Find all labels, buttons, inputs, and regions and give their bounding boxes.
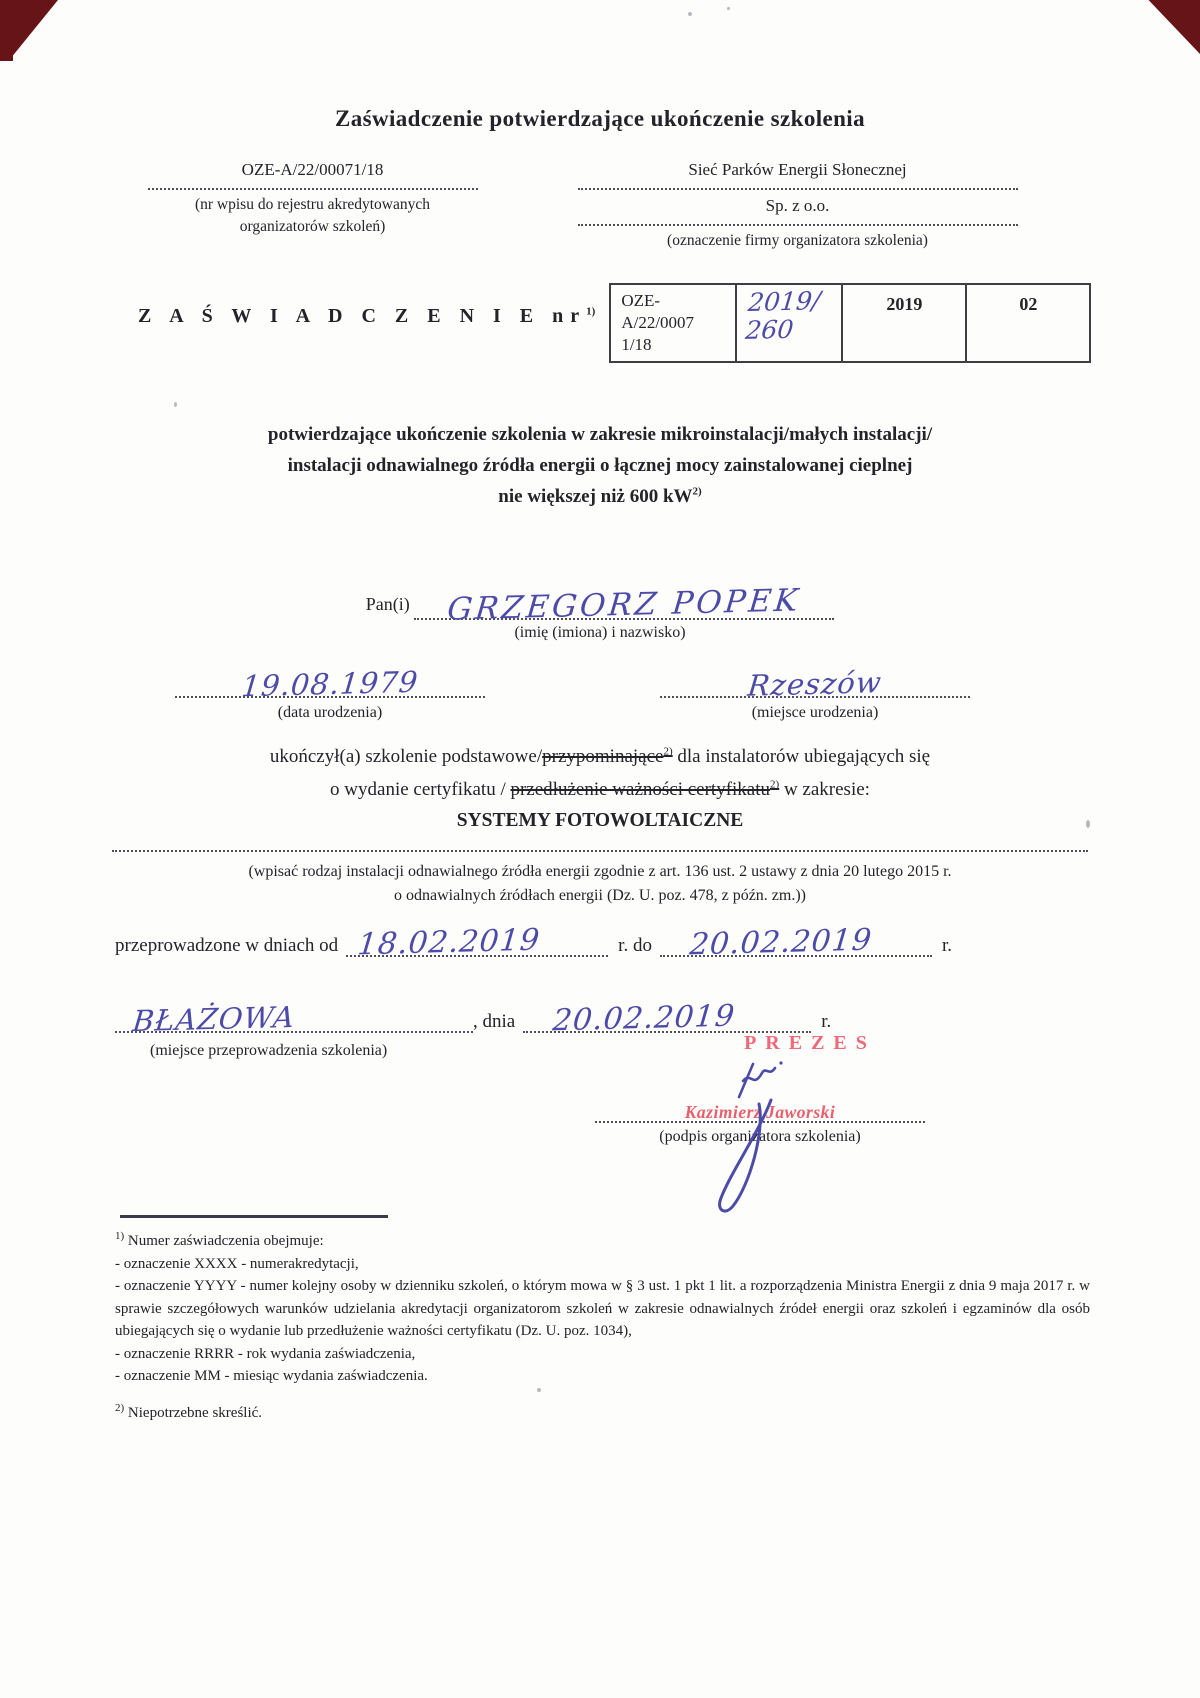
scan-artifact-corner-top-left-small	[0, 27, 13, 61]
table-cell-person-number: 2019/ 260	[735, 285, 841, 361]
struck-text: przedłużenie ważności certyfikatu2)	[510, 779, 779, 800]
footnote-1-item: - oznaczenie MM - miesiąc wydania zaświa…	[115, 1365, 1090, 1388]
footnote-1-item: - oznaczenie XXXX - numerakredytacji,	[115, 1253, 1090, 1276]
name-fill-line: GRZEGORZ POPEK	[414, 582, 834, 620]
footnote-ref-1: 1)	[586, 305, 595, 317]
place-date-line: BŁAŻOWA , dnia 20.02.2019 r.	[115, 996, 1015, 1033]
table-cell-month: 02	[965, 285, 1089, 361]
date-to-fill: 20.02.2019	[660, 920, 932, 957]
scope-dotted-line	[112, 850, 1088, 852]
handwritten-date-from: 18.02.2019	[356, 923, 542, 963]
dnia-label: , dnia	[473, 1011, 515, 1033]
table-cell-accreditation: OZE- A/22/0007 1/18	[611, 285, 735, 361]
name-caption: (imię (imiona) i nazwisko)	[0, 624, 1200, 642]
table-cell-year: 2019	[841, 285, 965, 361]
scope-caption: (wpisać rodzaj instalacji odnawialnego ź…	[115, 860, 1085, 908]
birth-date-fill: 19.08.1979	[175, 662, 485, 698]
dates-label-to: r. do	[618, 935, 652, 957]
signature-initials-icon	[725, 1057, 795, 1101]
dates-label-from: przeprowadzone w dniach od	[115, 935, 338, 957]
place-caption: (miejsce przeprowadzenia szkolenia)	[150, 1042, 387, 1060]
signature-flourish-icon	[713, 1098, 783, 1224]
scan-speck	[1086, 820, 1090, 828]
pan-label: Pan(i)	[366, 594, 410, 614]
signer-role: PREZES	[595, 1032, 925, 1055]
dotted-line	[148, 188, 478, 190]
handwritten-name: GRZEGORZ POPEK	[446, 582, 803, 627]
header-columns: OZE-A/22/00071/18 (nr wpisu do rejestru …	[115, 160, 1085, 252]
place-fill: BŁAŻOWA	[115, 997, 473, 1033]
certificate-number-table: OZE- A/22/0007 1/18 2019/ 260 2019 02	[609, 283, 1091, 363]
r-label: r.	[821, 1011, 831, 1033]
person-name-line: Pan(i) GRZEGORZ POPEK	[0, 582, 1200, 620]
birth-row: 19.08.1979 (data urodzenia) Rzeszów (mie…	[115, 662, 1085, 722]
statement-paragraph: potwierdzające ukończenie szkolenia w za…	[115, 420, 1085, 512]
birth-place-block: Rzeszów (miejsce urodzenia)	[545, 662, 1085, 722]
training-completion-paragraph: ukończył(a) szkolenie podstawowe/przypom…	[95, 740, 1105, 807]
struck-text: przypominające2)	[542, 746, 673, 767]
dates-label-end: r.	[942, 935, 952, 957]
handwritten-person-number: 2019/ 260	[745, 287, 823, 344]
dotted-line	[578, 188, 1018, 190]
organizer-name-2: Sp. z o.o.	[510, 196, 1085, 216]
registry-number: OZE-A/22/00071/18	[115, 160, 510, 180]
scan-speck	[688, 12, 692, 16]
birth-date-caption: (data urodzenia)	[115, 704, 545, 722]
handwritten-place: BŁAŻOWA	[131, 1000, 297, 1038]
footnote-2: 2) Niepotrzebne skreślić.	[115, 1402, 1090, 1425]
scanned-certificate-page: Zaświadczenie potwierdzające ukończenie …	[0, 0, 1200, 1698]
person-name-block: Pan(i) GRZEGORZ POPEK (imię (imiona) i n…	[0, 582, 1200, 642]
footnote-1-item: - oznaczenie YYYY - numer kolejny osoby …	[115, 1275, 1090, 1343]
registry-number-block: OZE-A/22/00071/18 (nr wpisu do rejestru …	[115, 160, 510, 252]
place-date-fill: 20.02.2019	[523, 996, 811, 1033]
birth-place-fill: Rzeszów	[660, 662, 970, 698]
footnotes: 1) Numer zaświadczenia obejmuje: - oznac…	[115, 1230, 1090, 1424]
scan-speck	[174, 402, 177, 407]
scan-artifact-corner-top-right	[1134, 0, 1200, 54]
footnote-ref-2: 2)	[693, 485, 702, 497]
footnote-separator	[120, 1215, 388, 1218]
birth-date-block: 19.08.1979 (data urodzenia)	[115, 662, 545, 722]
organizer-block: Sieć Parków Energii Słonecznej Sp. z o.o…	[510, 160, 1085, 252]
handwritten-birth-date: 19.08.1979	[240, 665, 420, 704]
footnote-1-intro: 1) Numer zaświadczenia obejmuje:	[115, 1230, 1090, 1253]
training-scope: SYSTEMY FOTOWOLTAICZNE	[115, 810, 1085, 832]
birth-place-caption: (miejsce urodzenia)	[545, 704, 1085, 722]
dotted-line	[578, 224, 1018, 226]
handwritten-birth-place: Rzeszów	[746, 665, 883, 702]
certificate-number-row: Z A Ś W I A D C Z E N I E nr1) OZE- A/22…	[138, 283, 1091, 363]
date-from-fill: 18.02.2019	[346, 920, 608, 957]
organizer-caption: (oznaczenie firmy organizatora szkolenia…	[510, 230, 1085, 252]
footnote-1-item: - oznaczenie RRRR - rok wydania zaświadc…	[115, 1343, 1090, 1366]
registry-caption: (nr wpisu do rejestru akredytowanych org…	[115, 194, 510, 237]
certificate-label: Z A Ś W I A D C Z E N I E nr1)	[138, 305, 595, 328]
organizer-name: Sieć Parków Energii Słonecznej	[510, 160, 1085, 180]
signature-area: PREZES Kazimierz Jaworski (podpis organi…	[595, 1032, 925, 1146]
page-title: Zaświadczenie potwierdzające ukończenie …	[0, 106, 1200, 132]
training-dates-line: przeprowadzone w dniach od 18.02.2019 r.…	[115, 920, 1115, 957]
scan-speck	[727, 7, 730, 10]
handwritten-date-to: 20.02.2019	[688, 923, 874, 963]
